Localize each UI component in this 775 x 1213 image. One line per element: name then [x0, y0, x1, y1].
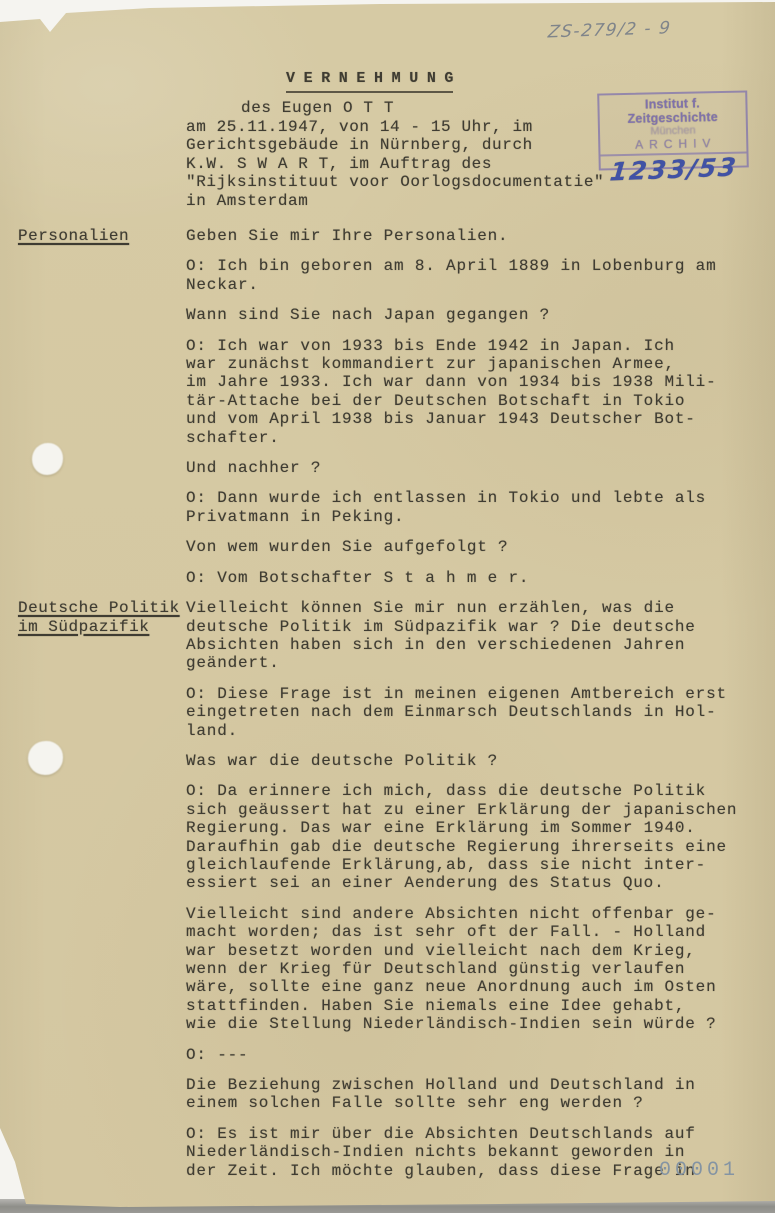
header-line-date: am 25.11.1947, von 14 - 15 Uhr, im [186, 118, 604, 137]
question-paragraph: Personalien Geben Sie mir Ihre Personali… [186, 227, 748, 245]
stamp-archiv-line: ARCHIV [600, 135, 746, 152]
answer-paragraph: O: Da erinnere ich mich, dass die deutsc… [186, 782, 748, 892]
margin-label-personalien: Personalien [18, 227, 184, 246]
question-paragraph: Die Beziehung zwischen Holland und Deuts… [186, 1076, 748, 1113]
punch-hole-top [32, 443, 63, 475]
answer-paragraph: O: Diese Frage ist in meinen eigenen Amt… [186, 685, 748, 740]
paragraph-text: Wann sind Sie nach Japan gegangen ? [186, 306, 748, 324]
question-paragraph: Was war die deutsche Politik ? [186, 752, 748, 770]
header-line-institute: "Rijksinstituut voor Oorlogsdocumentatie… [186, 173, 604, 192]
question-paragraph: Vielleicht sind andere Absichten nicht o… [186, 905, 748, 1034]
scan-backdrop: ZS-279/2 - 9 Institut f. Zeitgeschichte … [0, 0, 775, 1213]
transcript-body: Personalien Geben Sie mir Ihre Personali… [186, 227, 748, 1192]
paragraph-text: Vielleicht können Sie mir nun erzählen, … [186, 599, 748, 673]
margin-label-deutsche-politik: Deutsche Politik im Südpazifik [18, 599, 184, 636]
paragraph-text: Die Beziehung zwischen Holland und Deuts… [186, 1076, 748, 1113]
document-title: V E R N E H M U N G [286, 70, 453, 93]
paragraph-text: O: Dann wurde ich entlassen in Tokio und… [186, 489, 748, 526]
answer-paragraph: O: Ich bin geboren am 8. April 1889 in L… [186, 257, 748, 294]
header-line-subject: des Eugen O T T [241, 99, 604, 118]
archive-stamp: Institut f. Zeitgeschichte München ARCHI… [597, 90, 749, 170]
page-number-stamp: 00001 [659, 1159, 739, 1182]
paragraph-text: Vielleicht sind andere Absichten nicht o… [186, 905, 748, 1034]
paragraph-text: Was war die deutsche Politik ? [186, 752, 748, 770]
paragraph-text: O: Ich bin geboren am 8. April 1889 in L… [186, 257, 748, 294]
document-page: ZS-279/2 - 9 Institut f. Zeitgeschichte … [0, 0, 775, 1213]
stamp-institute-line: Institut f. Zeitgeschichte [599, 95, 746, 126]
header-line-interrogator: K.W. S W A R T, im Auftrag des [186, 155, 604, 174]
question-paragraph: Und nachher ? [186, 459, 748, 477]
header-line-city: in Amsterdam [186, 192, 604, 211]
paragraph-text: Von wem wurden Sie aufgefolgt ? [186, 538, 748, 556]
archive-reference-handwritten: ZS-279/2 - 9 [547, 18, 689, 43]
paragraph-text: O: Vom Botschafter S t a h m e r. [186, 569, 748, 587]
paragraph-text: O: Ich war von 1933 bis Ende 1942 in Jap… [186, 337, 748, 447]
punch-hole-bottom [28, 741, 63, 775]
paragraph-text: O: Da erinnere ich mich, dass die deutsc… [186, 782, 748, 892]
paragraph-text: O: --- [186, 1046, 748, 1064]
header-line-place: Gerichtsgebäude in Nürnberg, durch [186, 136, 604, 155]
stamp-number-handwritten: 1233/53 [599, 152, 748, 187]
document-header: des Eugen O T T am 25.11.1947, von 14 - … [186, 99, 604, 211]
paragraph-text: Geben Sie mir Ihre Personalien. [186, 227, 748, 245]
paragraph-text: O: Diese Frage ist in meinen eigenen Amt… [186, 685, 748, 740]
answer-paragraph: O: Dann wurde ich entlassen in Tokio und… [186, 489, 748, 526]
answer-paragraph: O: Ich war von 1933 bis Ende 1942 in Jap… [186, 337, 748, 447]
question-paragraph: Wann sind Sie nach Japan gegangen ? [186, 306, 748, 324]
question-paragraph: Deutsche Politik im Südpazifik Vielleich… [186, 599, 748, 673]
answer-paragraph: O: --- [186, 1046, 748, 1064]
answer-paragraph: O: Vom Botschafter S t a h m e r. [186, 569, 748, 587]
paragraph-text: Und nachher ? [186, 459, 748, 477]
question-paragraph: Von wem wurden Sie aufgefolgt ? [186, 538, 748, 556]
